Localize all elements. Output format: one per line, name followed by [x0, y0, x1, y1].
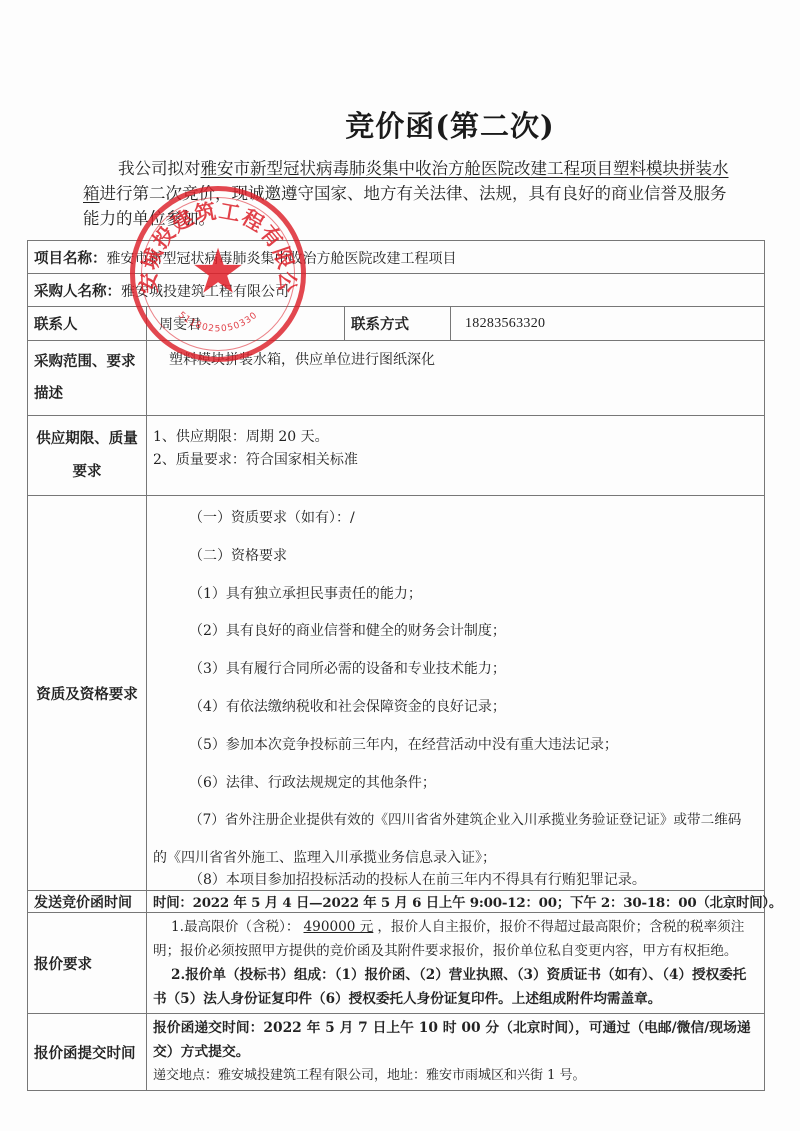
qualification-list: （一）资质要求（如有）：/ （二）资格要求 （1）具有独立承担民事责任的能力； …: [153, 508, 758, 890]
send-time-value: 时间：2022 年 5 月 4 日—2022 年 5 月 6 日上午 9:00-…: [147, 891, 765, 913]
submit-line-2: 递交地点：雅安城投建筑工程有限公司，地址：雅安市雨城区和兴街 1 号。: [153, 1064, 758, 1088]
row-qualification: 资质及资格要求 （一）资质要求（如有）：/ （二）资格要求 （1）具有独立承担民…: [28, 496, 765, 891]
supply-label: 供应期限、质量要求: [28, 416, 147, 496]
send-time-label: 发送竞价函时间: [28, 891, 147, 913]
row-scope: 采购范围、要求描述 塑料模块拼装水箱，供应单位进行图纸深化: [28, 341, 765, 416]
qual-item: （2）具有良好的商业信誉和健全的财务会计制度；: [189, 621, 758, 641]
qual-item: （3）具有履行合同所必需的设备和专业技术能力；: [189, 659, 758, 679]
project-name-label: 项目名称：: [34, 251, 107, 267]
qual-item: （7）省外注册企业提供有效的《四川省省外建筑企业入川承揽业务验证登记证》或带二维…: [189, 810, 758, 830]
intro-prefix: 我公司拟对: [118, 159, 201, 178]
qual-item: （5）参加本次竞争投标前三年内，在经营活动中没有重大违法记录；: [189, 735, 758, 755]
qual-item: （4）有依法缴纳税收和社会保障资金的良好记录；: [189, 697, 758, 717]
quote-req-label: 报价要求: [28, 913, 147, 1014]
qual-item: （二）资格要求: [189, 546, 758, 566]
contact-value: 周雯君: [147, 307, 345, 341]
document-title: 竞价函(第二次): [0, 104, 800, 145]
qual-item-7-continued: 的《四川省省外施工、监理入川承揽业务信息录入证》；: [153, 848, 758, 868]
max-price: 490000 元: [300, 919, 378, 935]
contact-label: 联系人: [28, 307, 147, 341]
project-name-value: 雅安市新型冠状病毒肺炎集中收治方舱医院改建工程项目: [107, 251, 457, 267]
row-submit-time: 报价函提交时间 报价函递交时间：2022 年 5 月 7 日上午 10 时 00…: [28, 1014, 765, 1091]
row-send-time: 发送竞价函时间 时间：2022 年 5 月 4 日—2022 年 5 月 6 日…: [28, 891, 765, 913]
intro-suffix: 进行第二次竞价，现诚邀遵守国家、地方有关法律、法规，具有良好的商业信誉及服务能力…: [83, 184, 727, 228]
quote-req-line-2: 2.报价单（投标书）组成：（1）报价函、（2）营业执照、（3）资质证书（如有）、…: [153, 963, 758, 1011]
qual-item: （6）法律、行政法规规定的其他条件；: [189, 773, 758, 793]
qual-item: （1）具有独立承担民事责任的能力；: [189, 584, 758, 604]
row-contact: 联系人 周雯君 联系方式 18283563320: [28, 307, 765, 341]
quote-req-line-1: 1.最高限价（含税）：490000 元，报价人自主报价，报价不得超过最高限价；含…: [153, 915, 758, 963]
qualification-label: 资质及资格要求: [28, 496, 147, 891]
buyer-name-label: 采购人名称：: [34, 284, 121, 300]
bid-info-table: 项目名称：雅安市新型冠状病毒肺炎集中收治方舱医院改建工程项目 采购人名称：雅安城…: [27, 240, 765, 1091]
scope-label: 采购范围、要求描述: [28, 341, 147, 416]
intro-paragraph: 我公司拟对雅安市新型冠状病毒肺炎集中收治方舱医院改建工程项目塑料模块拼装水箱进行…: [83, 156, 733, 231]
buyer-name-value: 雅安城投建筑工程有限公司: [121, 284, 289, 300]
supply-item-2: 2、质量要求：符合国家相关标准: [153, 449, 758, 472]
scope-value: 塑料模块拼装水箱，供应单位进行图纸深化: [147, 341, 765, 416]
row-supply: 供应期限、质量要求 1、供应期限：周期 20 天。 2、质量要求：符合国家相关标…: [28, 416, 765, 496]
submit-label: 报价函提交时间: [28, 1014, 147, 1091]
submit-line-1: 报价函递交时间：2022 年 5 月 7 日上午 10 时 00 分（北京时间）…: [153, 1016, 758, 1064]
row-buyer-name: 采购人名称：雅安城投建筑工程有限公司: [28, 274, 765, 307]
qual-item: （一）资质要求（如有）：/: [189, 508, 758, 528]
qual-item-8: （8）本项目参加招投标活动的投标人在前三年内不得具有行贿犯罪记录。: [189, 870, 758, 890]
row-quote-requirements: 报价要求 1.最高限价（含税）：490000 元，报价人自主报价，报价不得超过最…: [28, 913, 765, 1014]
contact-phone: 18283563320: [451, 307, 765, 341]
quote-line1-prefix: 1.最高限价（含税）：: [171, 919, 300, 935]
row-project-name: 项目名称：雅安市新型冠状病毒肺炎集中收治方舱医院改建工程项目: [28, 241, 765, 274]
supply-item-1: 1、供应期限：周期 20 天。: [153, 426, 758, 449]
contact-method-label: 联系方式: [345, 307, 451, 341]
